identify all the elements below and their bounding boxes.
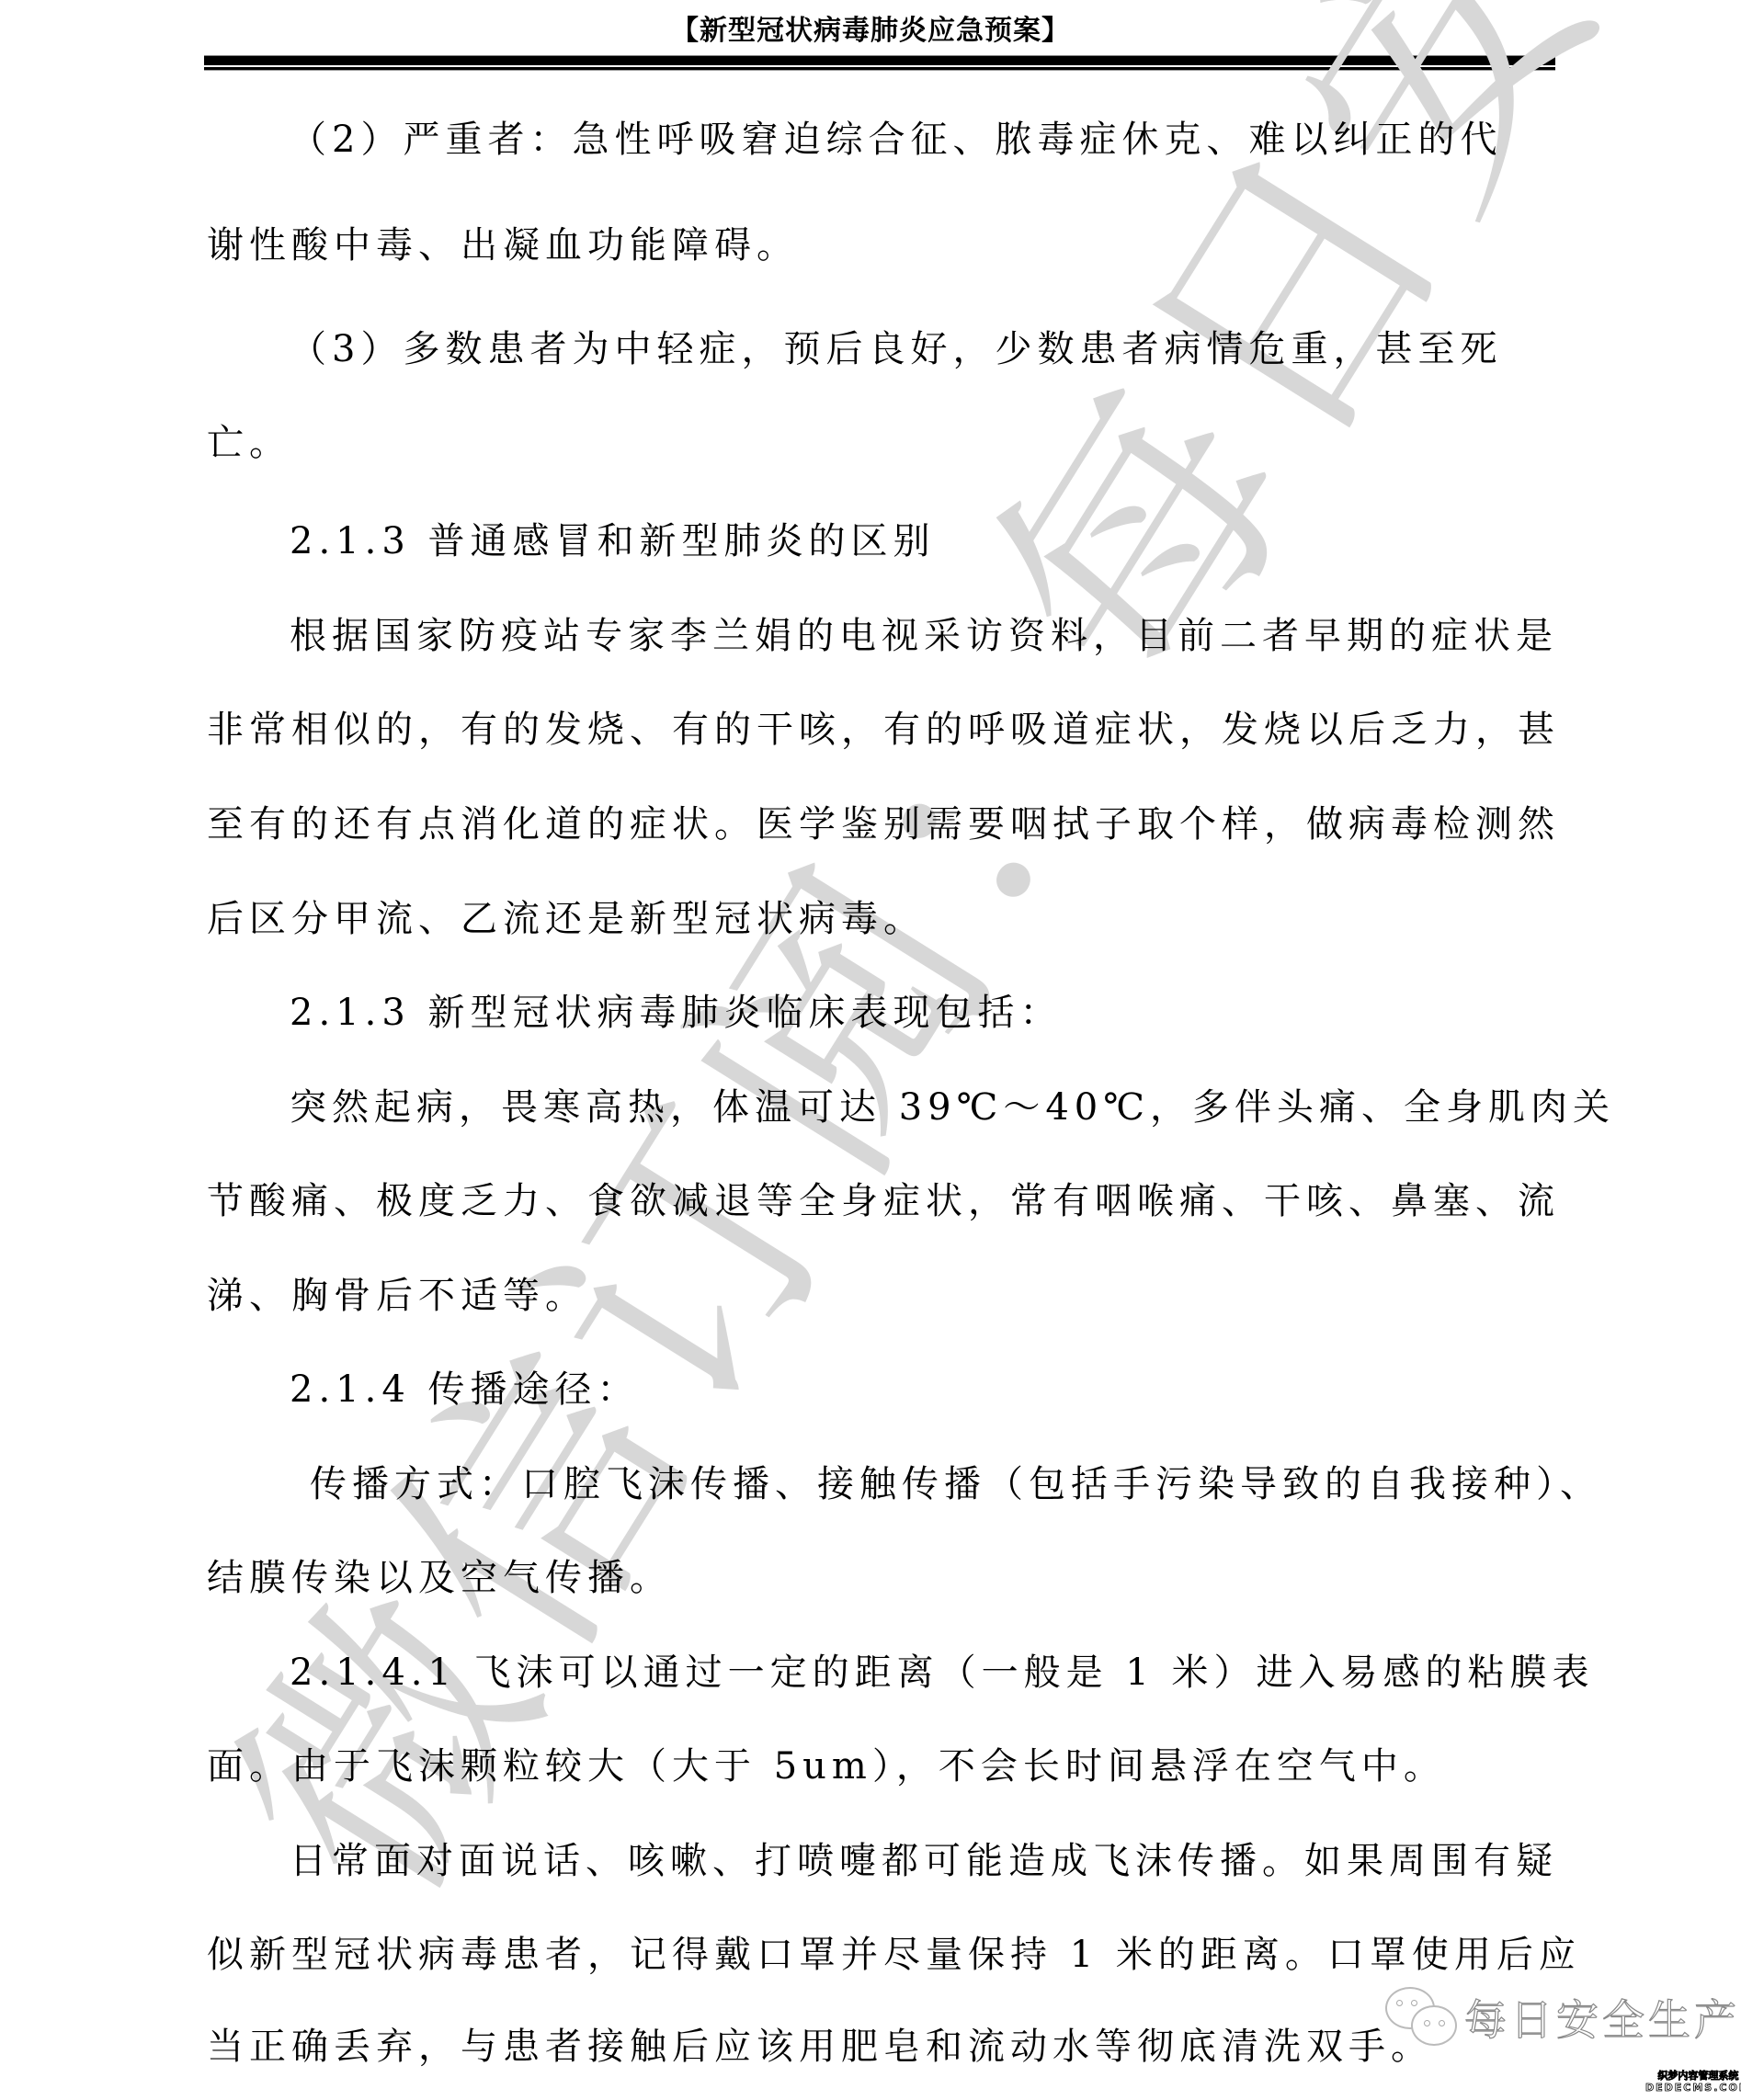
paragraph-line: 似新型冠状病毒患者，记得戴口罩并尽量保持 1 米的距离。口罩使用后应 xyxy=(207,1925,1581,1978)
paragraph-line: 后区分甲流、乙流还是新型冠状病毒。 xyxy=(207,890,926,942)
paragraph-line: 根据国家防疫站专家李兰娟的电视采访资料，目前二者早期的症状是 xyxy=(290,607,1558,659)
section-heading: 2.1.4 传播途径： xyxy=(290,1360,640,1413)
paragraph-line: 日常面对面说话、咳嗽、打喷嚏都可能造成飞沫传播。如果周围有疑 xyxy=(290,1832,1558,1884)
paragraph-line: 亡。 xyxy=(207,414,291,466)
section-heading: 2.1.3 新型冠状病毒肺炎临床表现包括： xyxy=(290,983,1063,1036)
dedecms-en-label: DEDECMS.COM xyxy=(1645,2082,1741,2094)
paragraph-line: 突然起病，畏寒高热，体温可达 39℃～40℃，多伴头痛、全身肌肉关 xyxy=(290,1078,1615,1130)
section-heading: 2.1.3 普通感冒和新型肺炎的区别 xyxy=(290,512,936,564)
dedecms-cn-label: 织梦内容管理系统 xyxy=(1645,2070,1741,2082)
paragraph-line: （3）多数患者为中轻症，预后良好，少数患者病情危重，甚至死 xyxy=(290,320,1502,372)
paragraph-line: 谢性酸中毒、出凝血功能障碍。 xyxy=(207,216,799,268)
paragraph-line: 节酸痛、极度乏力、食欲减退等全身症状，常有咽喉痛、干咳、鼻塞、流 xyxy=(207,1172,1560,1224)
wechat-account-name: 每日安全生产 xyxy=(1464,1987,1740,2048)
paragraph-line: 非常相似的，有的发烧、有的干咳，有的呼吸道症状，发烧以后乏力，甚 xyxy=(207,700,1560,753)
paragraph-line: （2）严重者：急性呼吸窘迫综合征、脓毒症休克、难以纠正的代 xyxy=(290,110,1502,163)
paragraph-line: 涕、胸骨后不适等。 xyxy=(207,1266,587,1319)
paragraph-line: 传播方式：口腔飞沫传播、接触传播（包括手污染导致的自我接种）、 xyxy=(310,1455,1602,1507)
paragraph-line: 至有的还有点消化道的症状。医学鉴别需要咽拭子取个样，做病毒检测然 xyxy=(207,795,1560,847)
document-header-title: 【新型冠状病毒肺炎应急预案】 xyxy=(0,7,1741,48)
paragraph-line: 2.1.4.1 飞沫可以通过一定的距离（一般是 1 米）进入易感的粘膜表 xyxy=(290,1643,1595,1696)
paragraph-line: 面。由于飞沫颗粒较大（大于 5um），不会长时间悬浮在空气中。 xyxy=(207,1737,1446,1789)
paragraph-line: 当正确丢弃，与患者接触后应该用肥皂和流动水等彻底清洗双手。 xyxy=(207,2017,1433,2070)
wechat-account-badge: 每日安全生产 xyxy=(1383,1985,1740,2049)
paragraph-line: 结膜传染以及空气传播。 xyxy=(207,1549,672,1601)
dedecms-corner-mark: 织梦内容管理系统 DEDECMS.COM xyxy=(1645,2070,1741,2094)
wechat-icon xyxy=(1383,1985,1457,2049)
